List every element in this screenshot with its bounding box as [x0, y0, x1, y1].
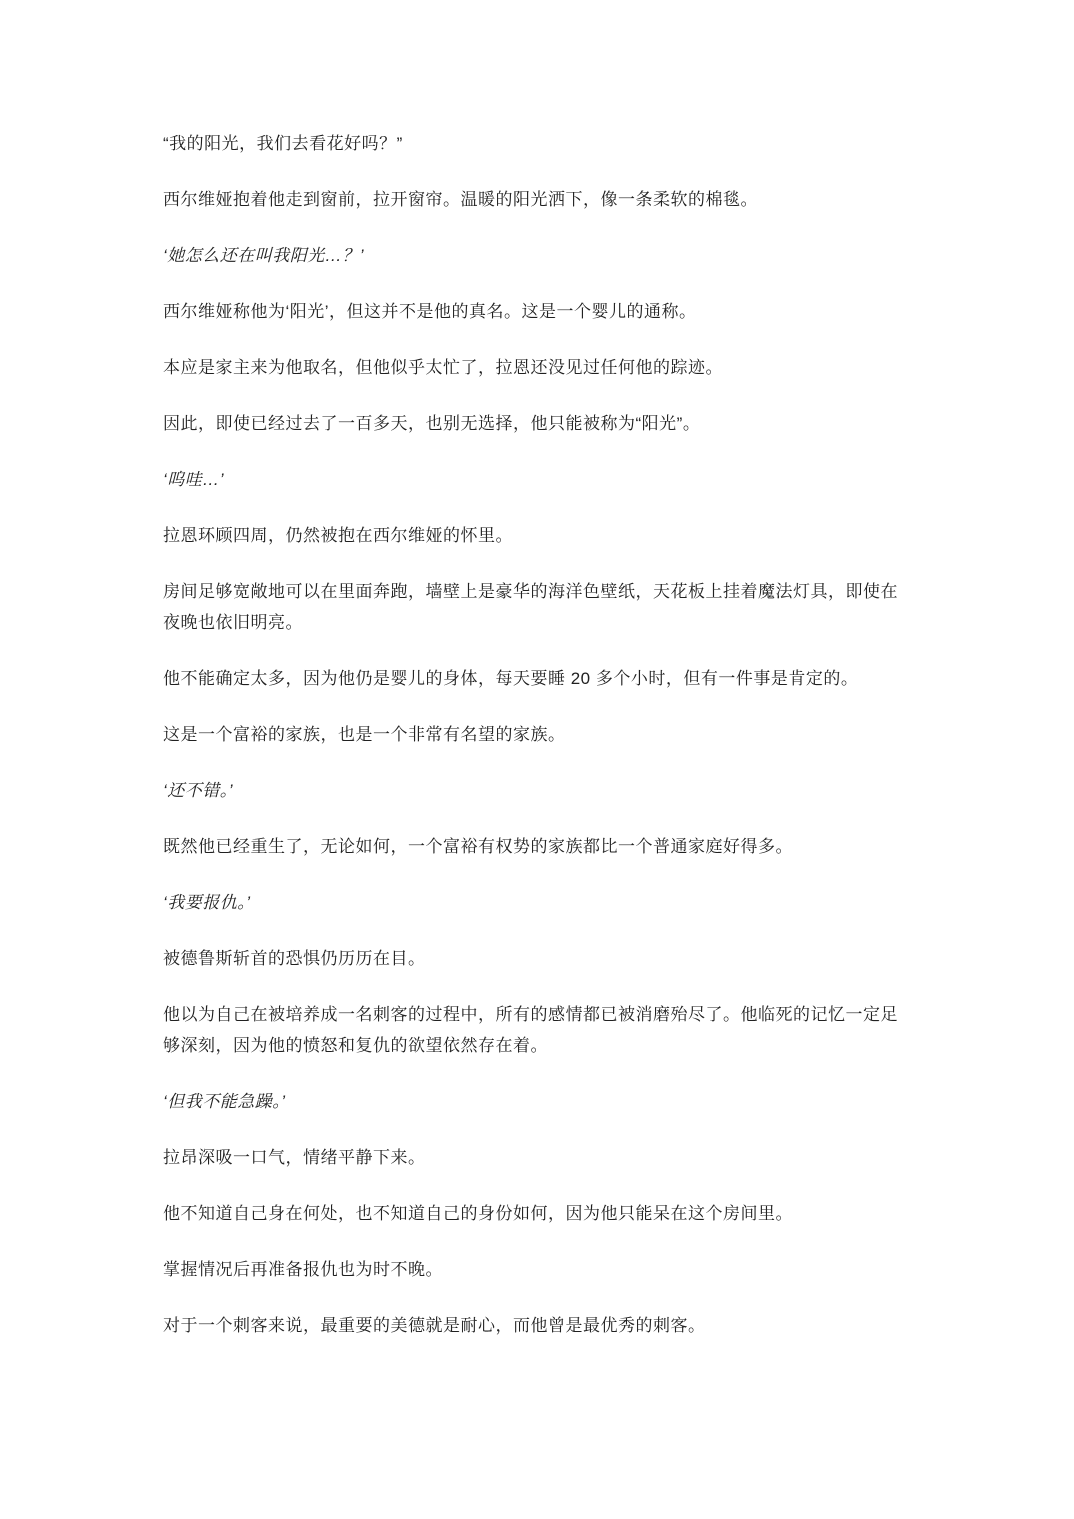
narration-paragraph: 既然他已经重生了，无论如何，一个富裕有权势的家族都比一个普通家庭好得多。: [163, 831, 915, 862]
narration-paragraph: 拉恩环顾四周，仍然被抱在西尔维娅的怀里。: [163, 520, 915, 551]
narration-paragraph: 被德鲁斯斩首的恐惧仍历历在目。: [163, 943, 915, 974]
narration-paragraph: 这是一个富裕的家族，也是一个非常有名望的家族。: [163, 719, 915, 750]
narration-paragraph: 西尔维娅称他为‘阳光’，但这并不是他的真名。这是一个婴儿的通称。: [163, 296, 915, 327]
narration-paragraph: 他不知道自己身在何处，也不知道自己的身份如何，因为他只能呆在这个房间里。: [163, 1198, 915, 1229]
narration-paragraph: 拉昂深吸一口气，情绪平静下来。: [163, 1142, 915, 1173]
narration-paragraph: 他不能确定太多，因为他仍是婴儿的身体，每天要睡 20 多个小时，但有一件事是肯定…: [163, 663, 915, 694]
narration-paragraph: 本应是家主来为他取名，但他似乎太忙了，拉恩还没见过任何他的踪迹。: [163, 352, 915, 383]
novel-text-body: “我的阳光，我们去看花好吗？”西尔维娅抱着他走到窗前，拉开窗帘。温暖的阳光洒下，…: [163, 128, 915, 1366]
narration-paragraph: 西尔维娅抱着他走到窗前，拉开窗帘。温暖的阳光洒下，像一条柔软的棉毯。: [163, 184, 915, 215]
narration-paragraph: 房间足够宽敞地可以在里面奔跑，墙壁上是豪华的海洋色壁纸，天花板上挂着魔法灯具，即…: [163, 576, 915, 638]
narration-paragraph: “我的阳光，我们去看花好吗？”: [163, 128, 915, 159]
thought-paragraph: ‘呜哇…’: [163, 464, 915, 495]
thought-paragraph: ‘但我不能急躁。’: [163, 1086, 915, 1117]
thought-paragraph: ‘我要报仇。’: [163, 887, 915, 918]
thought-paragraph: ‘还不错。’: [163, 775, 915, 806]
narration-paragraph: 掌握情况后再准备报仇也为时不晚。: [163, 1254, 915, 1285]
narration-paragraph: 他以为自己在被培养成一名刺客的过程中，所有的感情都已被消磨殆尽了。他临死的记忆一…: [163, 999, 915, 1061]
narration-paragraph: 对于一个刺客来说，最重要的美德就是耐心，而他曾是最优秀的刺客。: [163, 1310, 915, 1341]
thought-paragraph: ‘她怎么还在叫我阳光…？’: [163, 240, 915, 271]
document-page: “我的阳光，我们去看花好吗？”西尔维娅抱着他走到窗前，拉开窗帘。温暖的阳光洒下，…: [0, 0, 1074, 1519]
narration-paragraph: 因此，即使已经过去了一百多天，也别无选择，他只能被称为“阳光”。: [163, 408, 915, 439]
